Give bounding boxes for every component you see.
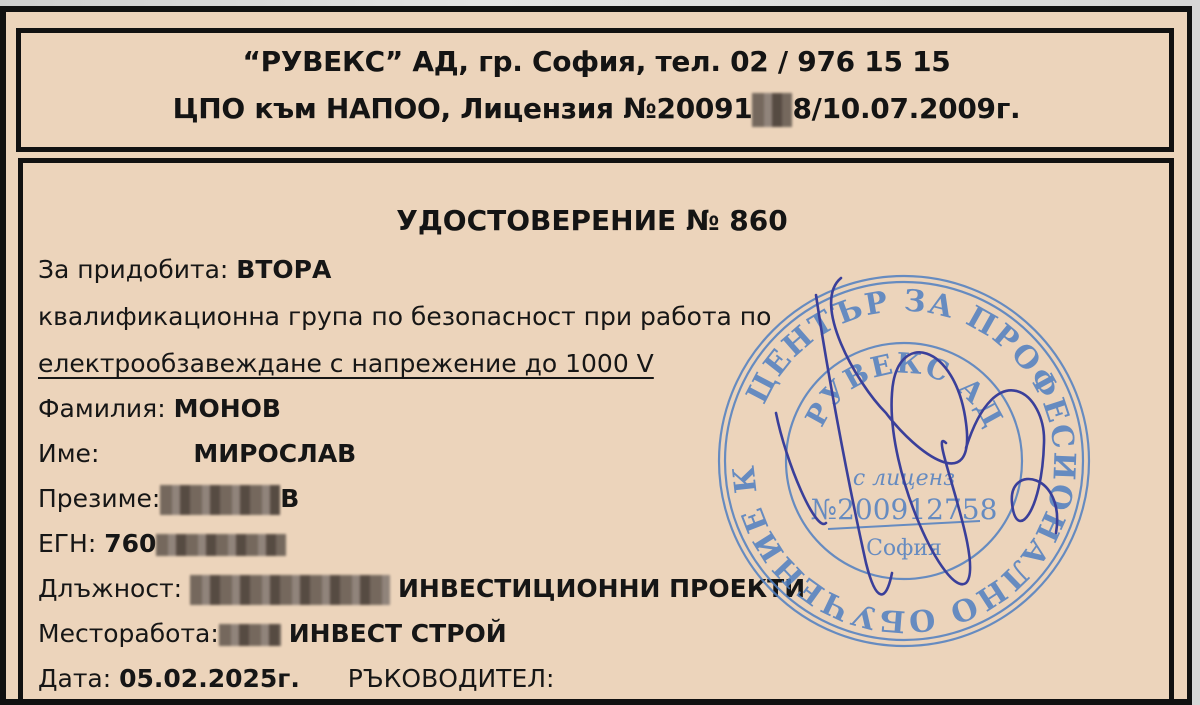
acquired-value: ВТОРА: [236, 255, 331, 284]
patronymic-label: Презиме:: [38, 484, 160, 513]
surname-value: МОНОВ: [174, 394, 281, 423]
name-label: Име:: [38, 439, 99, 468]
stamp-seal: ЦЕНТЪР ЗА ПРОФЕСИОНАЛНО ОБУЧЕНИЕ КЪМ * Р…: [716, 273, 1092, 649]
egn-label: ЕГН:: [38, 529, 96, 558]
patronymic-value: В: [280, 484, 299, 513]
egn-row: ЕГН: 760: [38, 529, 286, 558]
license-prefix: ЦПО към НАПОО, Лицензия №20091: [173, 92, 753, 125]
acquired-row: За придобита: ВТОРА: [38, 255, 331, 284]
redacted-workplace: [219, 624, 281, 646]
position-label: Длъжност:: [38, 574, 182, 603]
description-line-1: квалификационна група по безопасност при…: [38, 302, 771, 331]
egn-value: 760: [104, 529, 156, 558]
manager-label: РЪКОВОДИТЕЛ:: [348, 664, 555, 693]
description-line-2: електрообзавеждане с напрежение до 1000 …: [38, 349, 654, 378]
name-row: Име: МИРОСЛАВ: [38, 439, 356, 468]
license-line: ЦПО към НАПОО, Лицензия №200918/10.07.20…: [6, 92, 1187, 127]
date-value: 05.02.2025г.: [119, 664, 300, 693]
surname-label: Фамилия:: [38, 394, 166, 423]
redacted-patronymic: [160, 485, 280, 515]
date-row: Дата: 05.02.2025г. РЪКОВОДИТЕЛ:: [38, 664, 554, 693]
stamp-outer-ring: [719, 276, 1089, 646]
workplace-row: Месторабота: ИНВЕСТ СТРОЙ: [38, 619, 507, 648]
acquired-label: За придобита:: [38, 255, 228, 284]
redacted-position: [190, 575, 390, 605]
workplace-label: Месторабота:: [38, 619, 219, 648]
patronymic-row: Презиме:В: [38, 484, 299, 515]
certificate-title: УДОСТОВЕРЕНИЕ № 860: [6, 204, 1178, 237]
redacted-egn: [156, 534, 286, 556]
organization-line: “РУВЕКС” АД, гр. София, тел. 02 / 976 15…: [6, 45, 1187, 78]
redacted-license-digits: [752, 93, 792, 127]
position-row: Длъжност: ИНВЕСТИЦИОННИ ПРОЕКТИ: [38, 574, 805, 605]
workplace-value: ИНВЕСТ СТРОЙ: [289, 619, 507, 648]
name-value: МИРОСЛАВ: [193, 439, 356, 468]
surname-row: Фамилия: МОНОВ: [38, 394, 281, 423]
license-suffix: 8/10.07.2009г.: [792, 92, 1020, 125]
date-label: Дата:: [38, 664, 111, 693]
